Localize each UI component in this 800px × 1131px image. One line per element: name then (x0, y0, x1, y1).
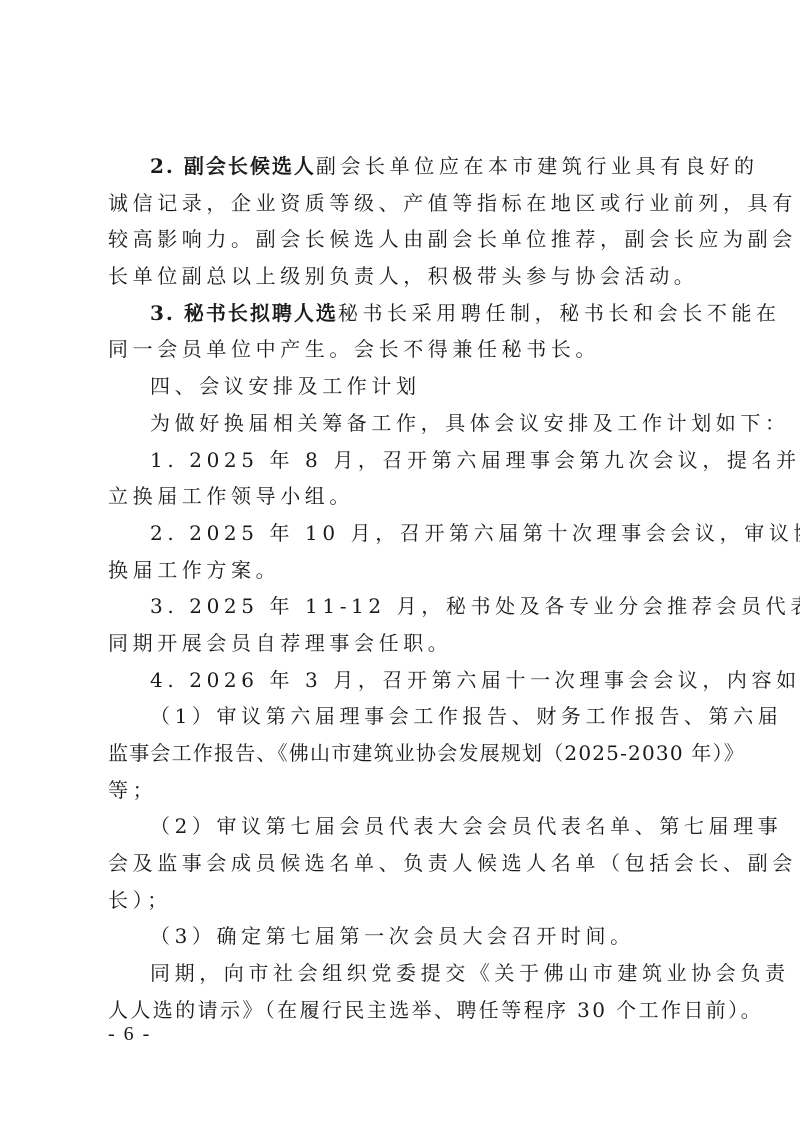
plan-item-3-line-2: 同期开展会员自荐理事会任职。 (108, 625, 698, 662)
sub-item-2-line-1: （2）审议第七届会员代表大会会员代表名单、第七届理事 (108, 808, 698, 845)
heading-secretary-general: 3. 秘书长拟聘人选 (150, 301, 338, 325)
plan-item-3-line-1: 3. 2025 年 11-12 月，秘书处及各专业分会推荐会员代表， (108, 588, 698, 625)
sub-item-1-line-2: 监事会工作报告、《佛山市建筑业协会发展规划（2025-2030 年）》 (108, 735, 698, 772)
sub-item-3-line-1: （3）确定第七届第一次会员大会召开时间。 (108, 918, 698, 955)
paragraph-secretary-line-1: 3. 秘书长拟聘人选秘书长采用聘任制，秘书长和会长不能在 (108, 295, 698, 332)
plan-item-2-line-1: 2. 2025 年 10 月，召开第六届第十次理事会会议，审议协会 (108, 515, 698, 552)
paragraph-vice-president-line-2: 诚信记录，企业资质等级、产值等指标在地区或行业前列，具有 (108, 185, 698, 222)
sub-item-2-line-2: 会及监事会成员候选名单、负责人候选人名单（包括会长、副会 (108, 845, 698, 882)
plan-item-2-line-2: 换届工作方案。 (108, 552, 698, 589)
section-four-intro: 为做好换届相关筹备工作，具体会议安排及工作计划如下： (108, 405, 698, 442)
sub-item-2-line-3: 长）； (108, 882, 698, 919)
paragraph-text: 副会长单位应在本市建筑行业具有良好的 (316, 154, 759, 178)
sub-item-1-line-3: 等； (108, 772, 698, 809)
plan-item-1-line-2: 立换届工作领导小组。 (108, 478, 698, 515)
plan-item-1-line-1: 1. 2025 年 8 月，召开第六届理事会第九次会议，提名并成 (108, 442, 698, 479)
paragraph-vice-president-line-1: 2. 副会长候选人副会长单位应在本市建筑行业具有良好的 (108, 148, 698, 185)
closing-line-2: 人人选的请示》（在履行民主选举、聘任等程序 30 个工作日前）。 (108, 992, 698, 1029)
closing-line-1: 同期，向市社会组织党委提交《关于佛山市建筑业协会负责 (108, 955, 698, 992)
document-page: 2. 副会长候选人副会长单位应在本市建筑行业具有良好的 诚信记录，企业资质等级、… (0, 0, 800, 1131)
paragraph-vice-president-line-3: 较高影响力。副会长候选人由副会长单位推荐，副会长应为副会 (108, 221, 698, 258)
section-four-title: 四、会议安排及工作计划 (108, 368, 698, 405)
paragraph-text: 秘书长采用聘任制，秘书长和会长不能在 (338, 301, 781, 325)
page-number: - 6 - (108, 1023, 151, 1046)
heading-vice-president-candidates: 2. 副会长候选人 (150, 154, 316, 178)
plan-item-4-line-1: 4. 2026 年 3 月，召开第六届十一次理事会会议，内容如下： (108, 662, 698, 699)
document-body: 2. 副会长候选人副会长单位应在本市建筑行业具有良好的 诚信记录，企业资质等级、… (108, 148, 698, 1029)
paragraph-vice-president-line-4: 长单位副总以上级别负责人，积极带头参与协会活动。 (108, 258, 698, 295)
paragraph-secretary-line-2: 同一会员单位中产生。会长不得兼任秘书长。 (108, 331, 698, 368)
sub-item-1-line-1: （1）审议第六届理事会工作报告、财务工作报告、第六届 (108, 698, 698, 735)
